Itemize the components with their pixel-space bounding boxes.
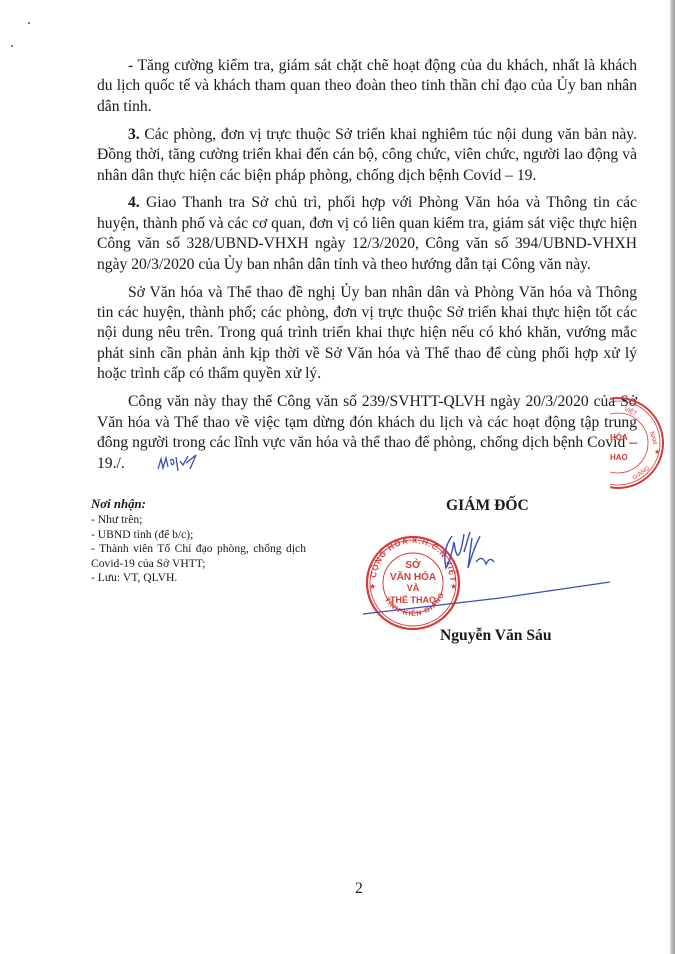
paragraph-item-4: 4. Giao Thanh tra Sở chủ trì, phối hợp v… <box>97 193 637 275</box>
paragraph-tourist-supervision: - Tăng cường kiểm tra, giám sát chặt chẽ… <box>97 56 637 117</box>
svg-text:THỂ THAO: THỂ THAO <box>390 594 436 605</box>
paragraph-text: - Tăng cường kiểm tra, giám sát chặt chẽ… <box>97 57 637 115</box>
svg-text:HÓA: HÓA <box>610 433 628 442</box>
signer-title: GIÁM ĐỐC <box>446 497 529 515</box>
paragraph-replacement: Công văn này thay thế Công văn số 239/SV… <box>97 392 637 475</box>
document-body: - Tăng cường kiểm tra, giám sát chặt chẽ… <box>97 56 637 482</box>
item-number: 3. <box>128 126 140 143</box>
initials-signature-icon <box>125 453 175 471</box>
paragraph-text: Giao Thanh tra Sở chủ trì, phối hợp với … <box>97 194 637 272</box>
recipient-item: - Lưu: VT, QLVH. <box>91 571 306 585</box>
recipient-item: - UBND tỉnh (để b/c); <box>91 528 306 542</box>
svg-text:★: ★ <box>450 582 457 591</box>
signer-name: Nguyễn Văn Sáu <box>440 627 552 645</box>
recipients-block: Nơi nhận: - Như trên; - UBND tỉnh (để b/… <box>91 497 306 585</box>
recipient-item: - Như trên; <box>91 513 306 527</box>
paragraph-text: Sở Văn hóa và Thể thao đề nghị Ủy ban nh… <box>97 284 637 383</box>
svg-text:SỞ: SỞ <box>405 558 421 571</box>
svg-text:HAO: HAO <box>610 453 628 462</box>
paragraph-text: Các phòng, đơn vị trực thuộc Sở triển kh… <box>97 126 637 184</box>
page-number: 2 <box>355 880 363 898</box>
scan-speck <box>28 22 30 24</box>
page-seam-stamp-icon: HÓA HAO VIỆT NAM ★ GIANG <box>610 388 670 498</box>
page-edge <box>670 0 675 954</box>
svg-text:NAM: NAM <box>648 431 657 445</box>
paragraph-item-3: 3. Các phòng, đơn vị trực thuộc Sở triển… <box>97 125 637 186</box>
svg-text:VĂN HÓA: VĂN HÓA <box>390 570 436 583</box>
svg-text:★: ★ <box>654 448 660 456</box>
recipients-title: Nơi nhận: <box>91 497 306 511</box>
paragraph-request: Sở Văn hóa và Thể thao đề nghị Ủy ban nh… <box>97 283 637 385</box>
recipient-item: - Thành viên Tổ Chỉ đạo phòng, chống dịc… <box>91 542 306 571</box>
item-number: 4. <box>128 194 140 211</box>
svg-text:VÀ: VÀ <box>407 583 420 593</box>
official-stamp-icon: CỘNG HÒA X.H.C.N VIỆT NAM TỈNH KIÊN GIAN… <box>360 528 640 638</box>
svg-text:★: ★ <box>369 582 376 591</box>
scan-speck <box>11 45 13 47</box>
